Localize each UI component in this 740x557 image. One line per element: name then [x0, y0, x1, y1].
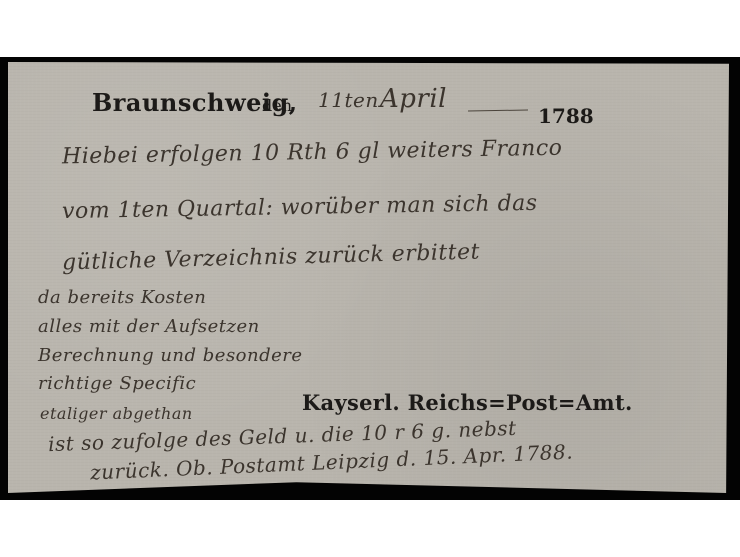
margin-note-3: Berechnung und besondere — [38, 345, 303, 366]
margin-note-4: richtige Specific — [38, 373, 196, 394]
printed-post-office-stamp: Kayserl. Reichs=Post=Amt. — [302, 390, 633, 415]
heading-month: April — [380, 84, 447, 114]
margin-note-1: da bereits Kosten — [38, 287, 206, 308]
heading-den: den — [262, 96, 292, 115]
margin-note-2: alles mit der Aufsetzen — [38, 316, 260, 337]
heading-day: 11ten — [318, 88, 379, 112]
heading-year: 1788 — [538, 104, 594, 128]
margin-note-5: etaliger abgethan — [40, 404, 193, 423]
